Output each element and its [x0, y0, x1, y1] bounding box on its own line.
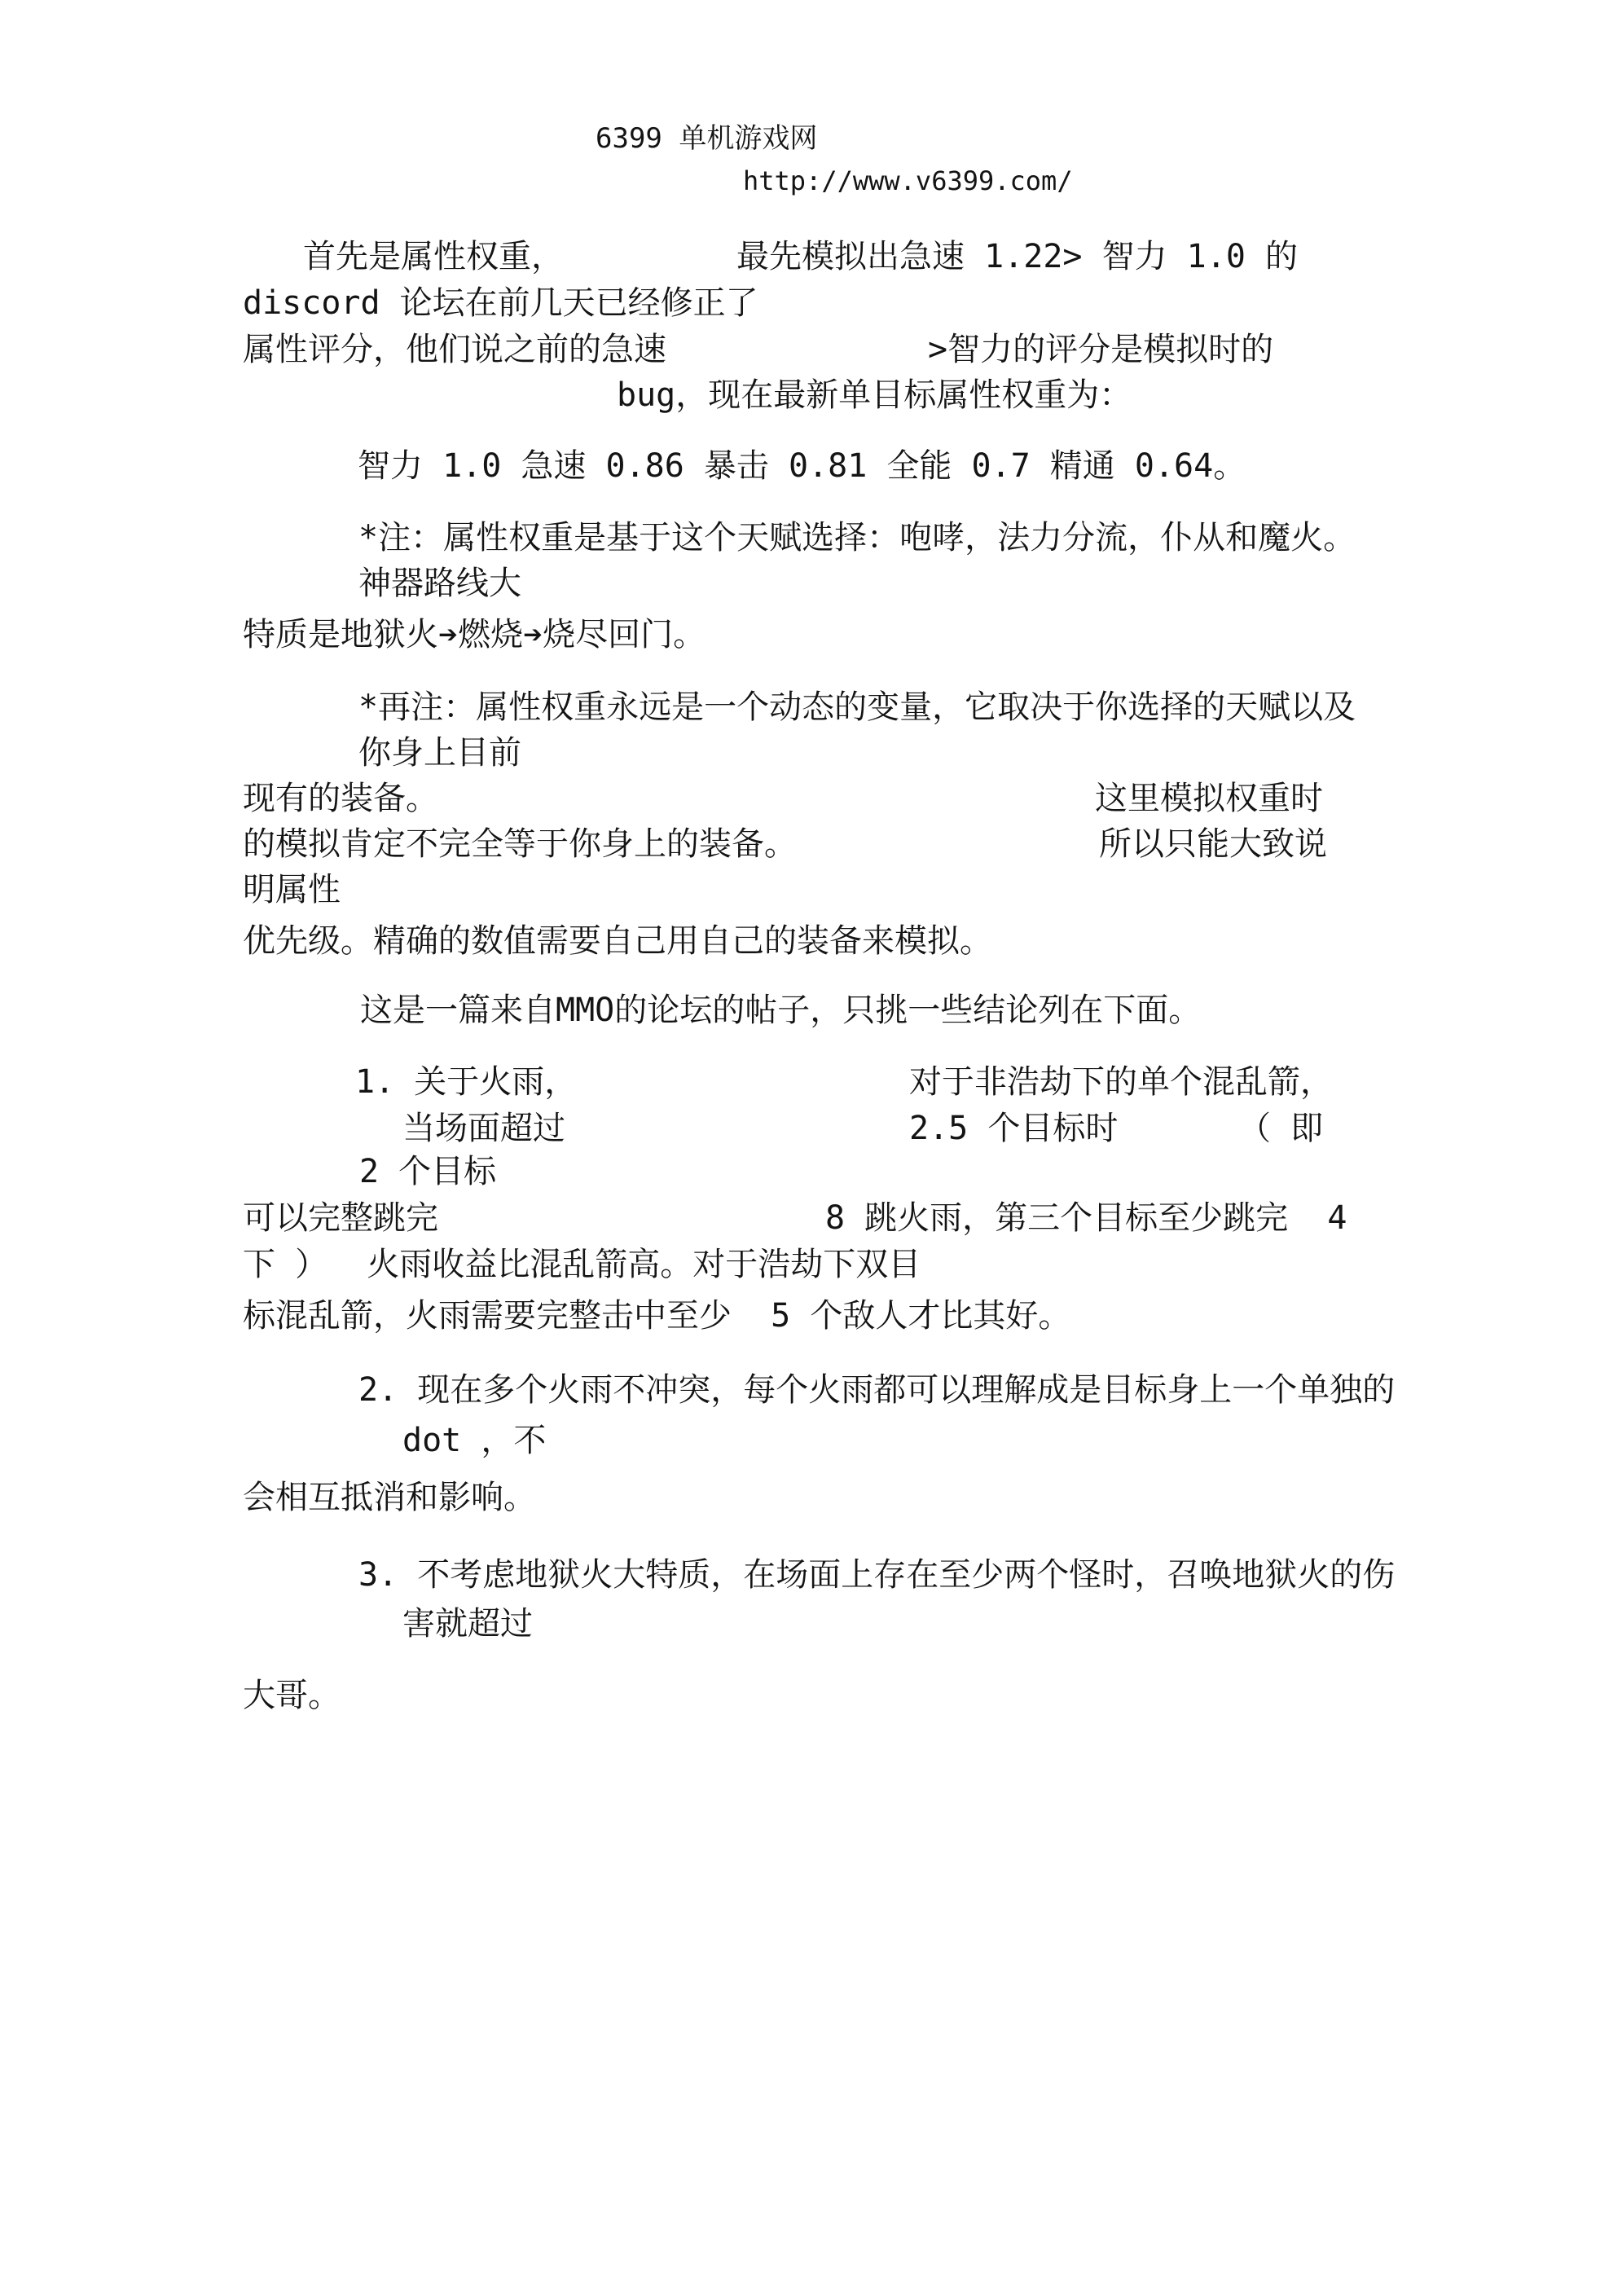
gear-line3: 明属性 [243, 871, 341, 908]
para2-line2: bug，现在最新单目标属性权重为： [617, 376, 1132, 414]
item1-line2-left: 当场面超过 [402, 1110, 565, 1147]
document-page: 6399 单机游戏网 http://www.v6399.com/ 首先是属性权重… [0, 0, 1622, 2296]
item2-line2: dot ，不 [402, 1422, 546, 1459]
gear-line2-left: 的模拟肯定不完全等于你身上的装备。 [243, 825, 797, 863]
item3-line1: 3. 不考虑地狱火大特质，在场面上存在至少两个怪时，召唤地狱火的伤 [358, 1556, 1395, 1594]
item1-line3: 2 个目标 [359, 1153, 496, 1190]
para1-line1-right: 最先模拟出急速 1.22> 智力 1.0 的 [736, 238, 1298, 275]
item3-line3: 大哥。 [243, 1677, 341, 1714]
stat-weights-line: 智力 1.0 急速 0.86 暴击 0.81 全能 0.7 精通 0.64。 [358, 447, 1246, 485]
item2-line3: 会相互抵消和影响。 [243, 1479, 536, 1516]
note1-line1: *注：属性权重是基于这个天赋选择：咆哮，法力分流，仆从和魔火。 [358, 519, 1356, 556]
para2-line1-right: >智力的评分是模拟时的 [928, 331, 1273, 368]
item1-line1-right: 对于非浩劫下的单个混乱箭， [909, 1063, 1333, 1101]
para2-line1-left: 属性评分，他们说之前的急速 [243, 331, 666, 368]
site-name: 6399 单机游戏网 [596, 122, 817, 155]
item1-line5: 下 ） 火雨收益比混乱箭高。对于浩劫下双目 [243, 1246, 921, 1283]
note1-line2: 神器路线大 [358, 565, 521, 602]
site-url: http://www.v6399.com/ [743, 165, 1073, 196]
item1-line4-right: 8 跳火雨，第三个目标至少跳完 4 [825, 1199, 1347, 1237]
gear-line1-left: 现有的装备。 [243, 780, 438, 817]
gear-line1-right: 这里模拟权重时 [1095, 780, 1323, 817]
trait-line: 特质是地狱火➔燃烧➔烧尽回门。 [243, 616, 706, 653]
item1-line6: 标混乱箭，火雨需要完整击中至少 5 个敌人才比其好。 [243, 1297, 1070, 1335]
mmo-intro-line: 这是一篇来自MMO的论坛的帖子，只挑一些结论列在下面。 [360, 992, 1201, 1029]
gear-line2-right: 所以只能大致说 [1099, 825, 1327, 863]
item1-line2-right: （ 即 [1238, 1110, 1323, 1147]
note2-line2: 你身上目前 [358, 734, 521, 772]
note2-line1: *再注：属性权重永远是一个动态的变量，它取决于你选择的天赋以及 [358, 688, 1356, 726]
item3-line2: 害就超过 [402, 1605, 533, 1643]
gear-line4: 优先级。精确的数值需要自己用自己的装备来模拟。 [243, 922, 992, 960]
para1-line1-left: 首先是属性权重， [303, 238, 564, 275]
item1-line1-left: 1. 关于火雨， [355, 1063, 577, 1101]
item2-line1: 2. 现在多个火雨不冲突，每个火雨都可以理解成是目标身上一个单独的 [358, 1371, 1395, 1409]
item1-line4-left: 可以完整跳完 [243, 1199, 438, 1237]
item1-line2-mid: 2.5 个目标时 [909, 1110, 1118, 1147]
para1-line2: discord 论坛在前几天已经修正了 [243, 284, 758, 322]
